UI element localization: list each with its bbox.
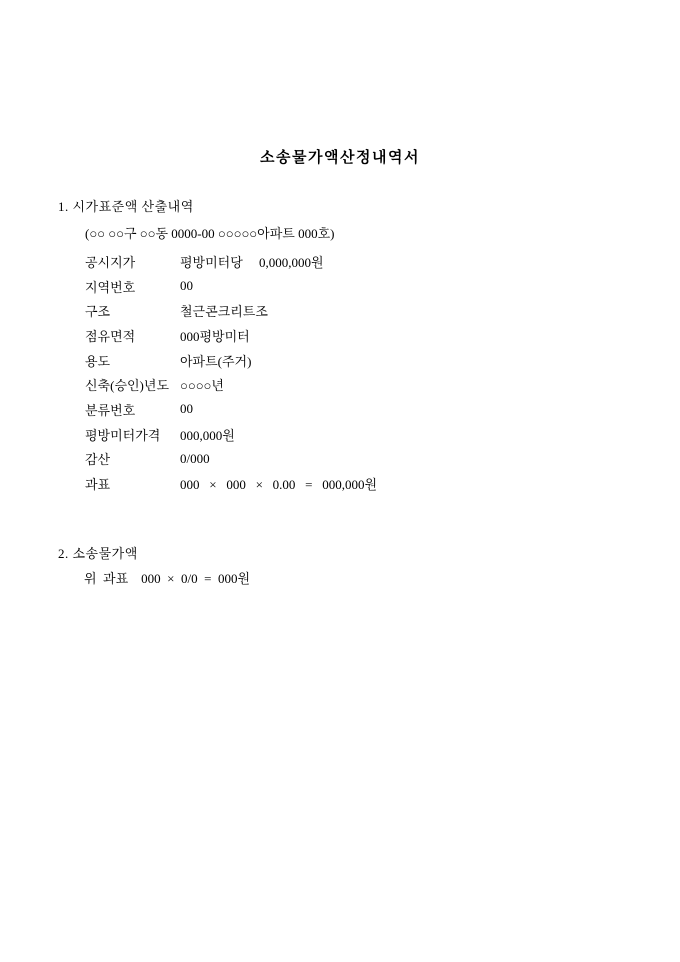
row-label: 분류번호 xyxy=(85,400,180,419)
row-value: 아파트(주거) xyxy=(180,351,251,370)
row-label: 지역번호 xyxy=(85,277,180,296)
row-label: 점유면적 xyxy=(85,326,180,345)
section1-heading: 1. 시가표준액 산출내역 xyxy=(58,199,194,215)
row-value: 평방미터당 0,000,000원 xyxy=(180,252,324,271)
property-address: (○○ ○○구 ○○동 0000-00 ○○○○○아파트 000호) xyxy=(85,226,334,242)
row-classification-number: 분류번호 00 xyxy=(85,397,645,422)
row-label: 과표 xyxy=(85,474,180,493)
row-tax-base-formula: 과표 000 × 000 × 0.00 = 000,000원 xyxy=(85,471,645,496)
row-structure: 구조 철근콘크리트조 xyxy=(85,298,645,323)
row-label: 구조 xyxy=(85,301,180,320)
row-price-per-square-meter: 평방미터가격 000,000원 xyxy=(85,422,645,447)
litigation-value-formula: 위 과표 000 × 0/0 = 000원 xyxy=(84,571,250,587)
row-label: 공시지가 xyxy=(85,252,180,271)
row-label: 감산 xyxy=(85,449,180,468)
document-title: 소송물가액산정내역서 xyxy=(0,150,680,167)
row-value: 000 × 000 × 0.00 = 000,000원 xyxy=(180,474,377,493)
row-reduction: 감산 0/000 xyxy=(85,447,645,472)
row-label: 평방미터가격 xyxy=(85,425,180,444)
row-value: 00 xyxy=(180,401,193,417)
section2-heading: 2. 소송물가액 xyxy=(58,546,138,562)
row-official-land-price: 공시지가 평방미터당 0,000,000원 xyxy=(85,249,645,274)
row-label: 신축(승인)년도 xyxy=(85,375,180,394)
row-value: 000평방미터 xyxy=(180,326,250,345)
row-value: ○○○○년 xyxy=(180,375,224,394)
row-region-number: 지역번호 00 xyxy=(85,274,645,299)
row-value: 철근콘크리트조 xyxy=(180,301,268,320)
row-occupied-area: 점유면적 000평방미터 xyxy=(85,323,645,348)
standard-value-detail-list: 공시지가 평방미터당 0,000,000원 지역번호 00 구조 철근콘크리트조… xyxy=(85,249,645,496)
row-value: 0/000 xyxy=(180,451,210,467)
row-value: 000,000원 xyxy=(180,425,235,444)
row-construction-year: 신축(승인)년도 ○○○○년 xyxy=(85,372,645,397)
row-label: 용도 xyxy=(85,351,180,370)
row-value: 00 xyxy=(180,278,193,294)
document-page: 소송물가액산정내역서 1. 시가표준액 산출내역 (○○ ○○구 ○○동 000… xyxy=(0,0,680,962)
row-usage: 용도 아파트(주거) xyxy=(85,348,645,373)
